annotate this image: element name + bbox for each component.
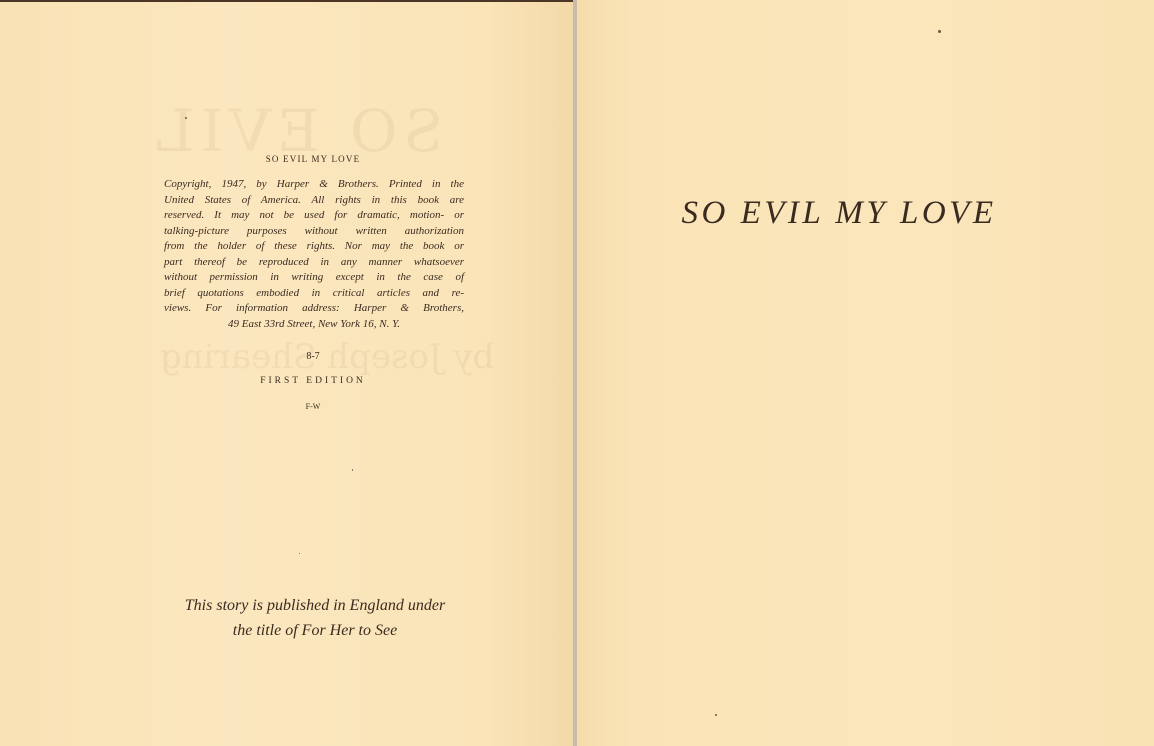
england-title-note: This story is published in England under… [150, 593, 480, 643]
copyright-line: from the holder of these rights. Nor may… [164, 239, 464, 255]
copyright-line: brief quotations embodied in critical ar… [164, 286, 464, 302]
paper-speck [938, 30, 941, 33]
paper-speck [299, 553, 300, 554]
copyright-notice: Copyright, 1947, by Harper & Brothers. P… [164, 177, 464, 332]
edition-label: FIRST EDITION [163, 376, 463, 386]
copyright-line: reserved. It may not be used for dramati… [164, 208, 464, 224]
copyright-line: views. For information address: Harper &… [164, 301, 464, 317]
paper-speck [185, 117, 187, 119]
copyright-page: SO EVIL by Joseph Shearing SO EVIL MY LO… [0, 0, 573, 746]
copyright-line: part thereof be reproduced in any manner… [164, 255, 464, 271]
paper-speck [715, 714, 717, 716]
england-note-line: the title of For Her to See [150, 618, 480, 643]
copyright-line: Copyright, 1947, by Harper & Brothers. P… [164, 177, 464, 193]
title-page: SO EVIL MY LOVE [577, 0, 1154, 746]
paper-speck [352, 469, 353, 471]
printer-code: F-W [163, 402, 463, 411]
book-spread: SO EVIL by Joseph Shearing SO EVIL MY LO… [0, 0, 1154, 746]
copyright-line: talking-picture purposes without written… [164, 224, 464, 240]
book-title: SO EVIL MY LOVE [669, 195, 1009, 232]
copyright-line: 49 East 33rd Street, New York 16, N. Y. [164, 317, 464, 333]
copyright-line: without permission in writing except in … [164, 270, 464, 286]
print-code: 8-7 [163, 351, 463, 362]
copyright-page-header: SO EVIL MY LOVE [163, 154, 463, 164]
copyright-line: United States of America. All rights in … [164, 193, 464, 209]
england-note-line: This story is published in England under [150, 593, 480, 618]
